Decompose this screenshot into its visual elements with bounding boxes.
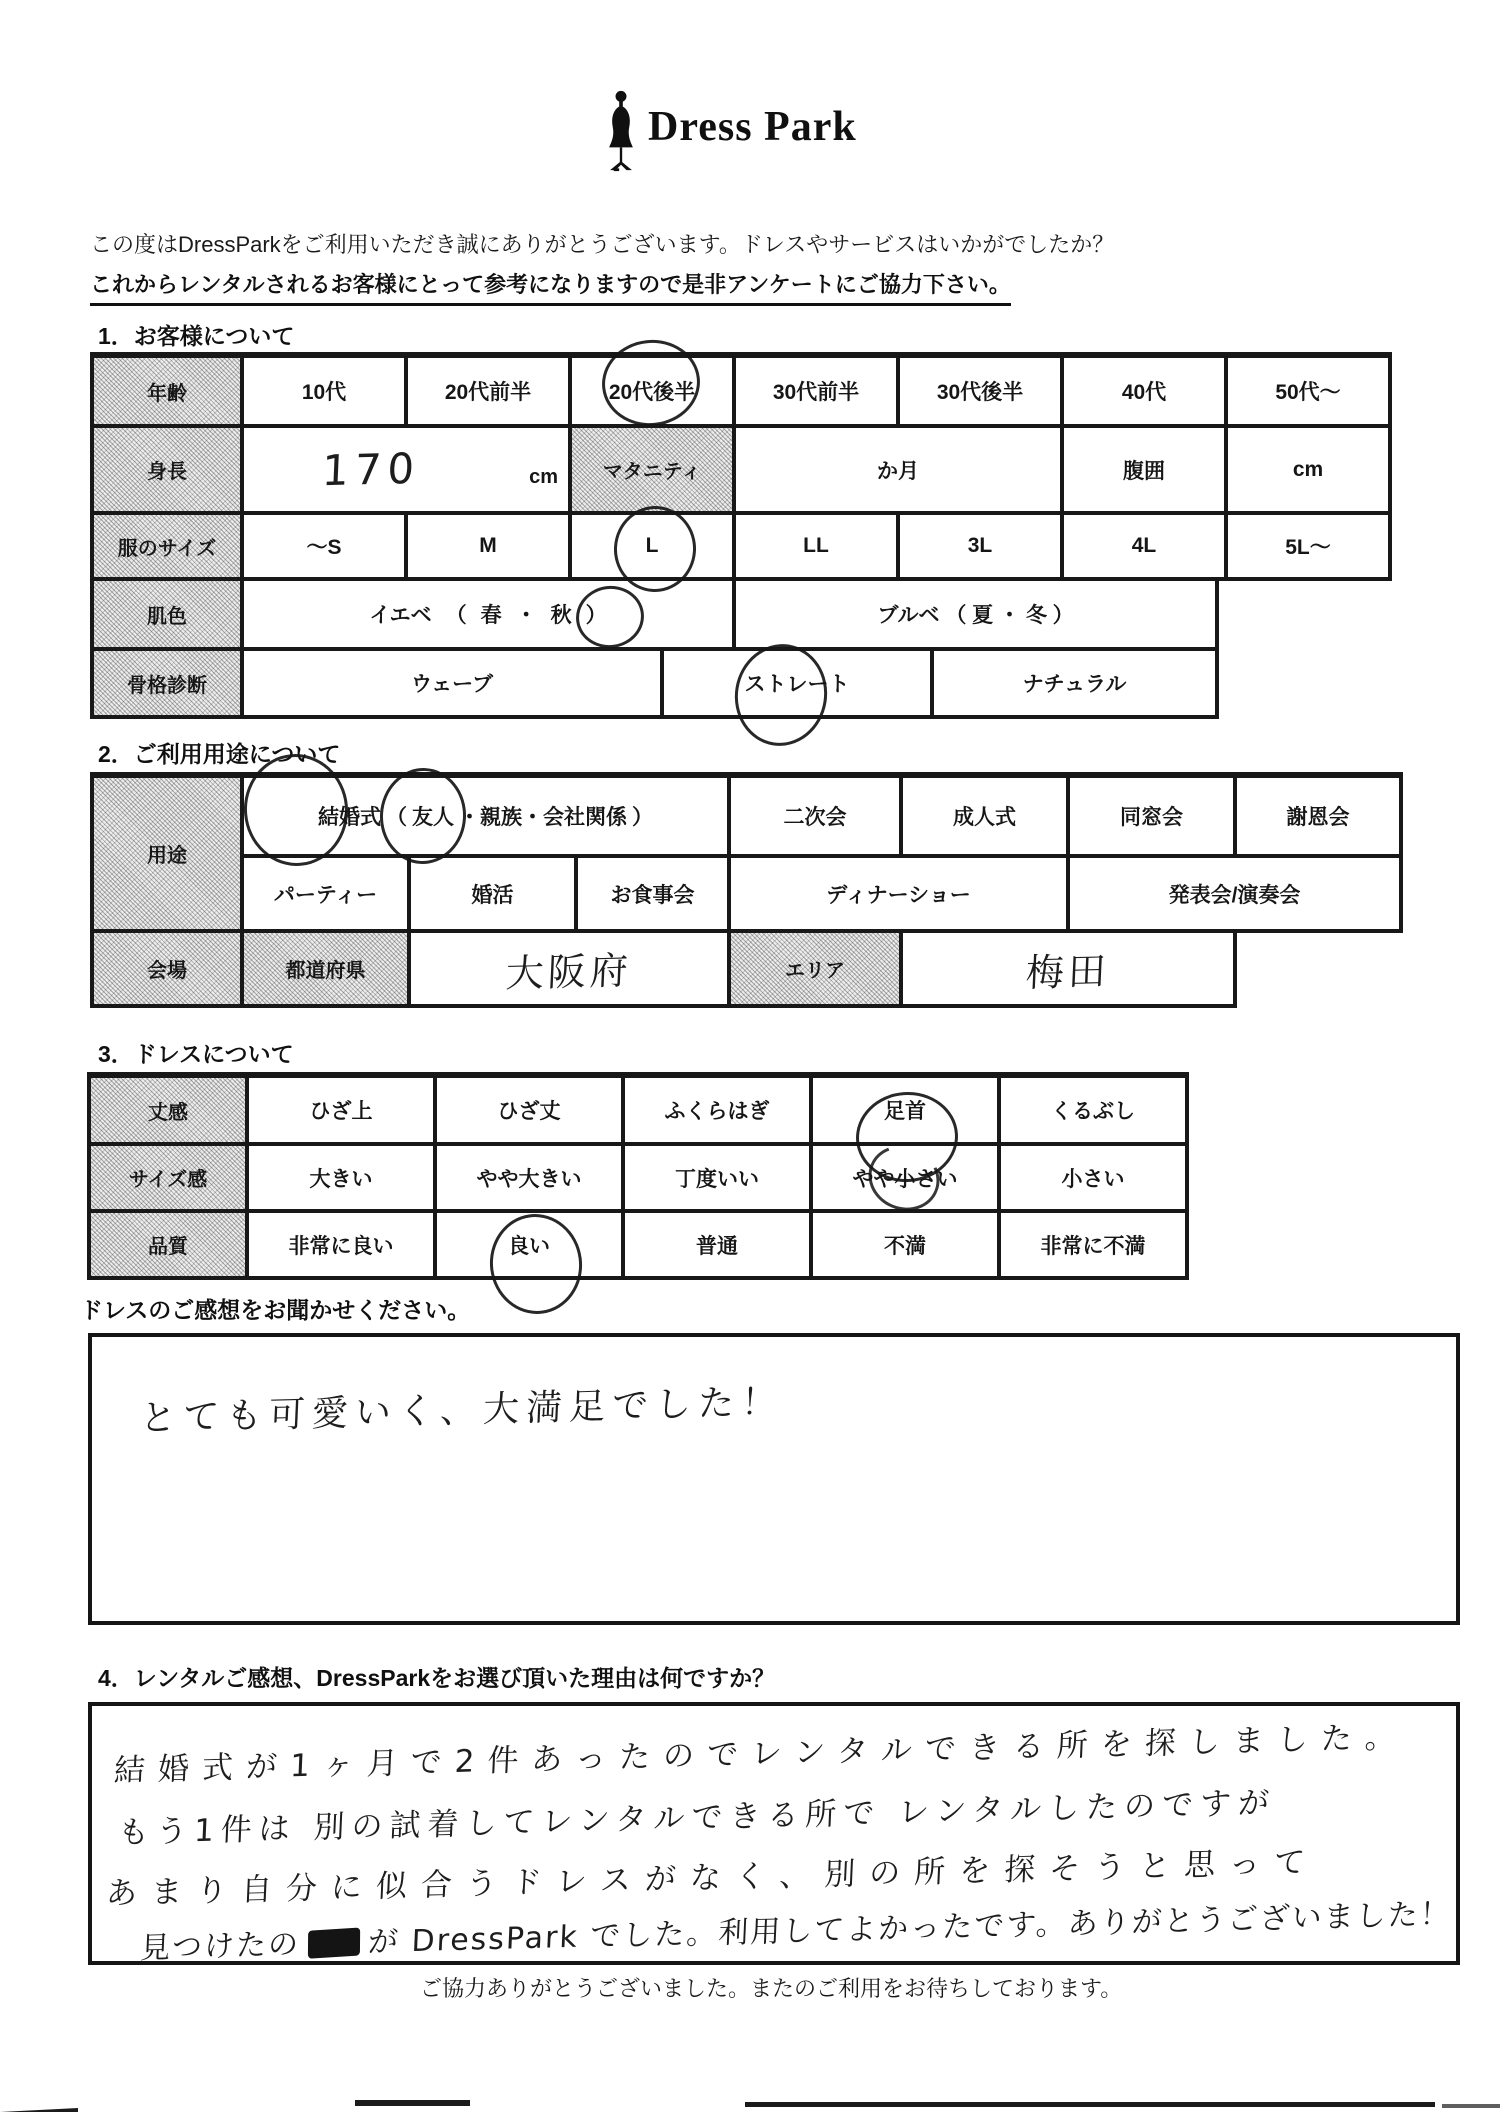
height-row: 身長 170 cm マタニティ か月 腹囲 cm: [94, 428, 1392, 515]
dress-form-icon: [602, 90, 640, 177]
purpose-header: 用途: [94, 778, 244, 933]
size-row: 服のサイズ ～S M L LL 3L 4L 5L～: [94, 515, 1392, 581]
purpose-option: パーティー: [244, 858, 411, 933]
rental-comment-box: 結婚式が1ヶ月で2件あったのでレンタルできる所を探しました。 もう1件は 別の試…: [88, 1702, 1460, 1965]
intro-line-2: これからレンタルされるお客様にとって参考になりますので是非アンケートにご協力下さ…: [90, 268, 1011, 306]
section3-heading: 3．ドレスについて: [98, 1036, 294, 1069]
age-option: 40代: [1064, 358, 1228, 428]
quality-option: 不満: [813, 1213, 1001, 1280]
quality-option: 非常に良い: [249, 1213, 437, 1280]
skin-header: 肌色: [94, 581, 244, 651]
dot-separator: ・: [516, 599, 537, 629]
size-option: 4L: [1064, 515, 1228, 581]
fit-option: 大きい: [249, 1146, 437, 1213]
purpose-row-b: パーティー 婚活 お食事会 ディナーショー 発表会/演奏会: [244, 858, 1403, 933]
dress-table: 丈感 ひざ上 ひざ丈 ふくらはぎ 足首 くるぶし サイズ感 大きい やや大きい …: [87, 1072, 1189, 1280]
height-header: 身長: [94, 428, 244, 515]
logo-text: Dress Park: [648, 103, 857, 151]
size-option: 5L～: [1228, 515, 1392, 581]
quality-row: 品質 非常に良い 良い 普通 不満 非常に不満: [91, 1213, 1189, 1280]
skin-spring-option: 春: [481, 599, 502, 629]
scanned-survey-form: Dress Park この度はDressParkをご利用いただき誠にありがとうご…: [0, 0, 1500, 2127]
fit-option: やや大きい: [437, 1146, 625, 1213]
scan-artifact: [1442, 2104, 1500, 2108]
frame-option: ナチュラル: [934, 651, 1219, 719]
venue-row: 会場 都道府県 大阪府 エリア 梅田: [94, 933, 1403, 1008]
quality-option: 普通: [625, 1213, 813, 1280]
scribble-redaction: [308, 1928, 360, 1959]
waist-unit-cell: cm: [1228, 428, 1392, 515]
quality-header: 品質: [91, 1213, 249, 1280]
age-option: 50代～: [1228, 358, 1392, 428]
scan-artifact: [745, 2102, 1435, 2107]
purpose-option: 成人式: [903, 778, 1070, 858]
length-option: ひざ丈: [437, 1078, 625, 1146]
frame-option: ウェーブ: [244, 651, 664, 719]
height-value-cell: 170 cm: [244, 428, 572, 515]
age-option: 30代後半: [900, 358, 1064, 428]
wedding-relation-text: ・親族・会社関係: [459, 801, 627, 831]
purpose-option: 同窓会: [1070, 778, 1237, 858]
purpose-option: 婚活: [411, 858, 578, 933]
prefecture-handwritten-value: 大阪府: [505, 939, 633, 997]
prefecture-value-cell: 大阪府: [411, 933, 731, 1008]
customer-table: 年齢 10代 20代前半 20代後半 30代前半 30代後半 40代 50代～ …: [90, 352, 1392, 719]
fit-option: 小さい: [1001, 1146, 1189, 1213]
purpose-option: 二次会: [731, 778, 903, 858]
quality-option: 非常に不満: [1001, 1213, 1189, 1280]
scan-artifact: [355, 2100, 470, 2106]
skin-yellow-label: イエベ: [369, 599, 431, 629]
dress-comment-label: ドレスのご感想をお聞かせください。: [80, 1292, 470, 1325]
purpose-option: 謝恩会: [1237, 778, 1403, 858]
area-label: エリア: [731, 933, 903, 1008]
size-header: 服のサイズ: [94, 515, 244, 581]
prefecture-label: 都道府県: [244, 933, 411, 1008]
age-option: 10代: [244, 358, 408, 428]
height-handwritten-value: 170: [321, 444, 421, 496]
section1-heading: 1．お客様について: [98, 318, 294, 351]
paren-close: ）: [632, 801, 653, 831]
fit-row: サイズ感 大きい やや大きい 丁度いい やや小さい 小さい: [91, 1146, 1189, 1213]
section4-heading: 4．レンタルご感想、DressParkをお選び頂いた理由は何ですか？: [98, 1660, 775, 1693]
area-handwritten-value: 梅田: [1025, 940, 1111, 997]
size-option: M: [408, 515, 572, 581]
intro-line-1: この度はDressParkをご利用いただき誠にありがとうございます。ドレスやサー…: [90, 228, 1114, 259]
age-option: 30代前半: [736, 358, 900, 428]
length-option: ひざ上: [249, 1078, 437, 1146]
paren-open: （: [446, 599, 467, 629]
purpose-option: お食事会: [578, 858, 731, 933]
size-option: LL: [736, 515, 900, 581]
dress-comment-handwriting: とても可愛いく、大満足でした！: [139, 1374, 785, 1442]
venue-header: 会場: [94, 933, 244, 1008]
skin-row: 肌色 イエベ （ 春 ・ 秋 ） ブルベ （ 夏 ・ 冬 ）: [94, 581, 1392, 651]
purpose-option: ディナーショー: [731, 858, 1070, 933]
skin-blue-cell: ブルベ （ 夏 ・ 冬 ）: [736, 581, 1219, 651]
area-value-cell: 梅田: [903, 933, 1237, 1008]
age-header: 年齢: [94, 358, 244, 428]
waist-label-cell: 腹囲: [1064, 428, 1228, 515]
footer-thanks: ご協力ありがとうございました。またのご利用をお待ちしております。: [420, 1972, 1122, 2003]
age-option: 20代前半: [408, 358, 572, 428]
scan-artifact: [0, 2103, 78, 2112]
length-option: くるぶし: [1001, 1078, 1189, 1146]
length-option: ふくらはぎ: [625, 1078, 813, 1146]
maternity-months-cell: か月: [736, 428, 1064, 515]
skin-yellow-cell: イエベ （ 春 ・ 秋 ）: [244, 581, 736, 651]
frame-header: 骨格診断: [94, 651, 244, 719]
size-option: 3L: [900, 515, 1064, 581]
dress-comment-box: とても可愛いく、大満足でした！: [88, 1333, 1460, 1625]
height-unit: cm: [529, 466, 558, 489]
length-row: 丈感 ひざ上 ひざ丈 ふくらはぎ 足首 くるぶし: [91, 1078, 1189, 1146]
length-header: 丈感: [91, 1078, 249, 1146]
fit-option: 丁度いい: [625, 1146, 813, 1213]
maternity-header: マタニティ: [572, 428, 736, 515]
skin-autumn-option: 秋: [551, 599, 572, 629]
size-option: ～S: [244, 515, 408, 581]
fit-header: サイズ感: [91, 1146, 249, 1213]
age-row: 年齢 10代 20代前半 20代後半 30代前半 30代後半 40代 50代～: [94, 358, 1392, 428]
purpose-option: 発表会/演奏会: [1070, 858, 1403, 933]
